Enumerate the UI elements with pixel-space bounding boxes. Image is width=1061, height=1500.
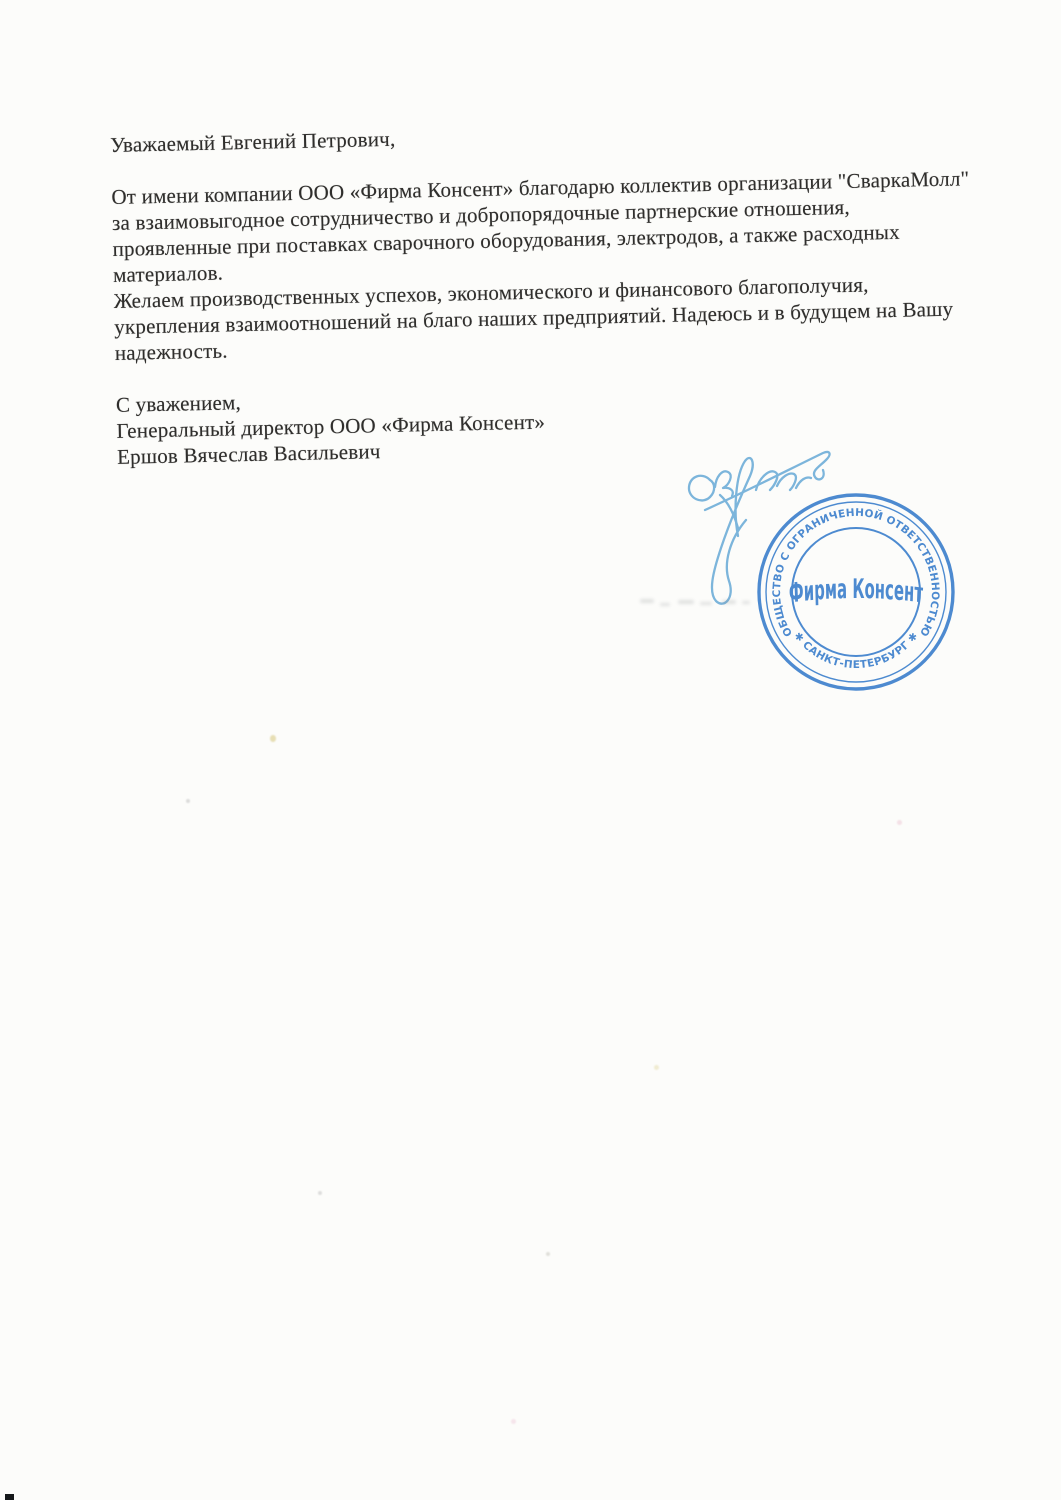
scan-smudge [700, 602, 712, 605]
scan-smudge [722, 600, 736, 604]
scan-speck [186, 799, 190, 803]
scan-smudge [660, 603, 670, 606]
scan-speck [546, 1252, 550, 1256]
scan-speck [654, 1065, 659, 1070]
signature-stroke [689, 476, 714, 501]
scan-smudge [678, 600, 694, 604]
scan-speck [897, 820, 902, 825]
scan-artifact [5, 1494, 14, 1500]
stamp-ring-text-wrap: ОБЩЕСТВО С ОГРАНИЧЕННОЙ ОТВЕТСТВЕННОСТЬЮ [771, 507, 941, 639]
scan-smudge [742, 601, 750, 604]
company-stamp: ОБЩЕСТВО С ОГРАНИЧЕННОЙ ОТВЕТСТВЕННОСТЬЮ… [741, 477, 971, 707]
scan-speck [270, 735, 276, 742]
signature-stroke [715, 471, 733, 496]
letter-body: Уважаемый Евгений Петрович, От имени ком… [110, 112, 1027, 470]
scan-speck [318, 1191, 322, 1195]
scanned-letter-page: Уважаемый Евгений Петрович, От имени ком… [0, 0, 1061, 1500]
scan-smudge [640, 599, 654, 603]
stamp-ring-text: ОБЩЕСТВО С ОГРАНИЧЕННОЙ ОТВЕТСТВЕННОСТЬЮ [771, 507, 941, 639]
scan-speck [511, 1419, 516, 1424]
